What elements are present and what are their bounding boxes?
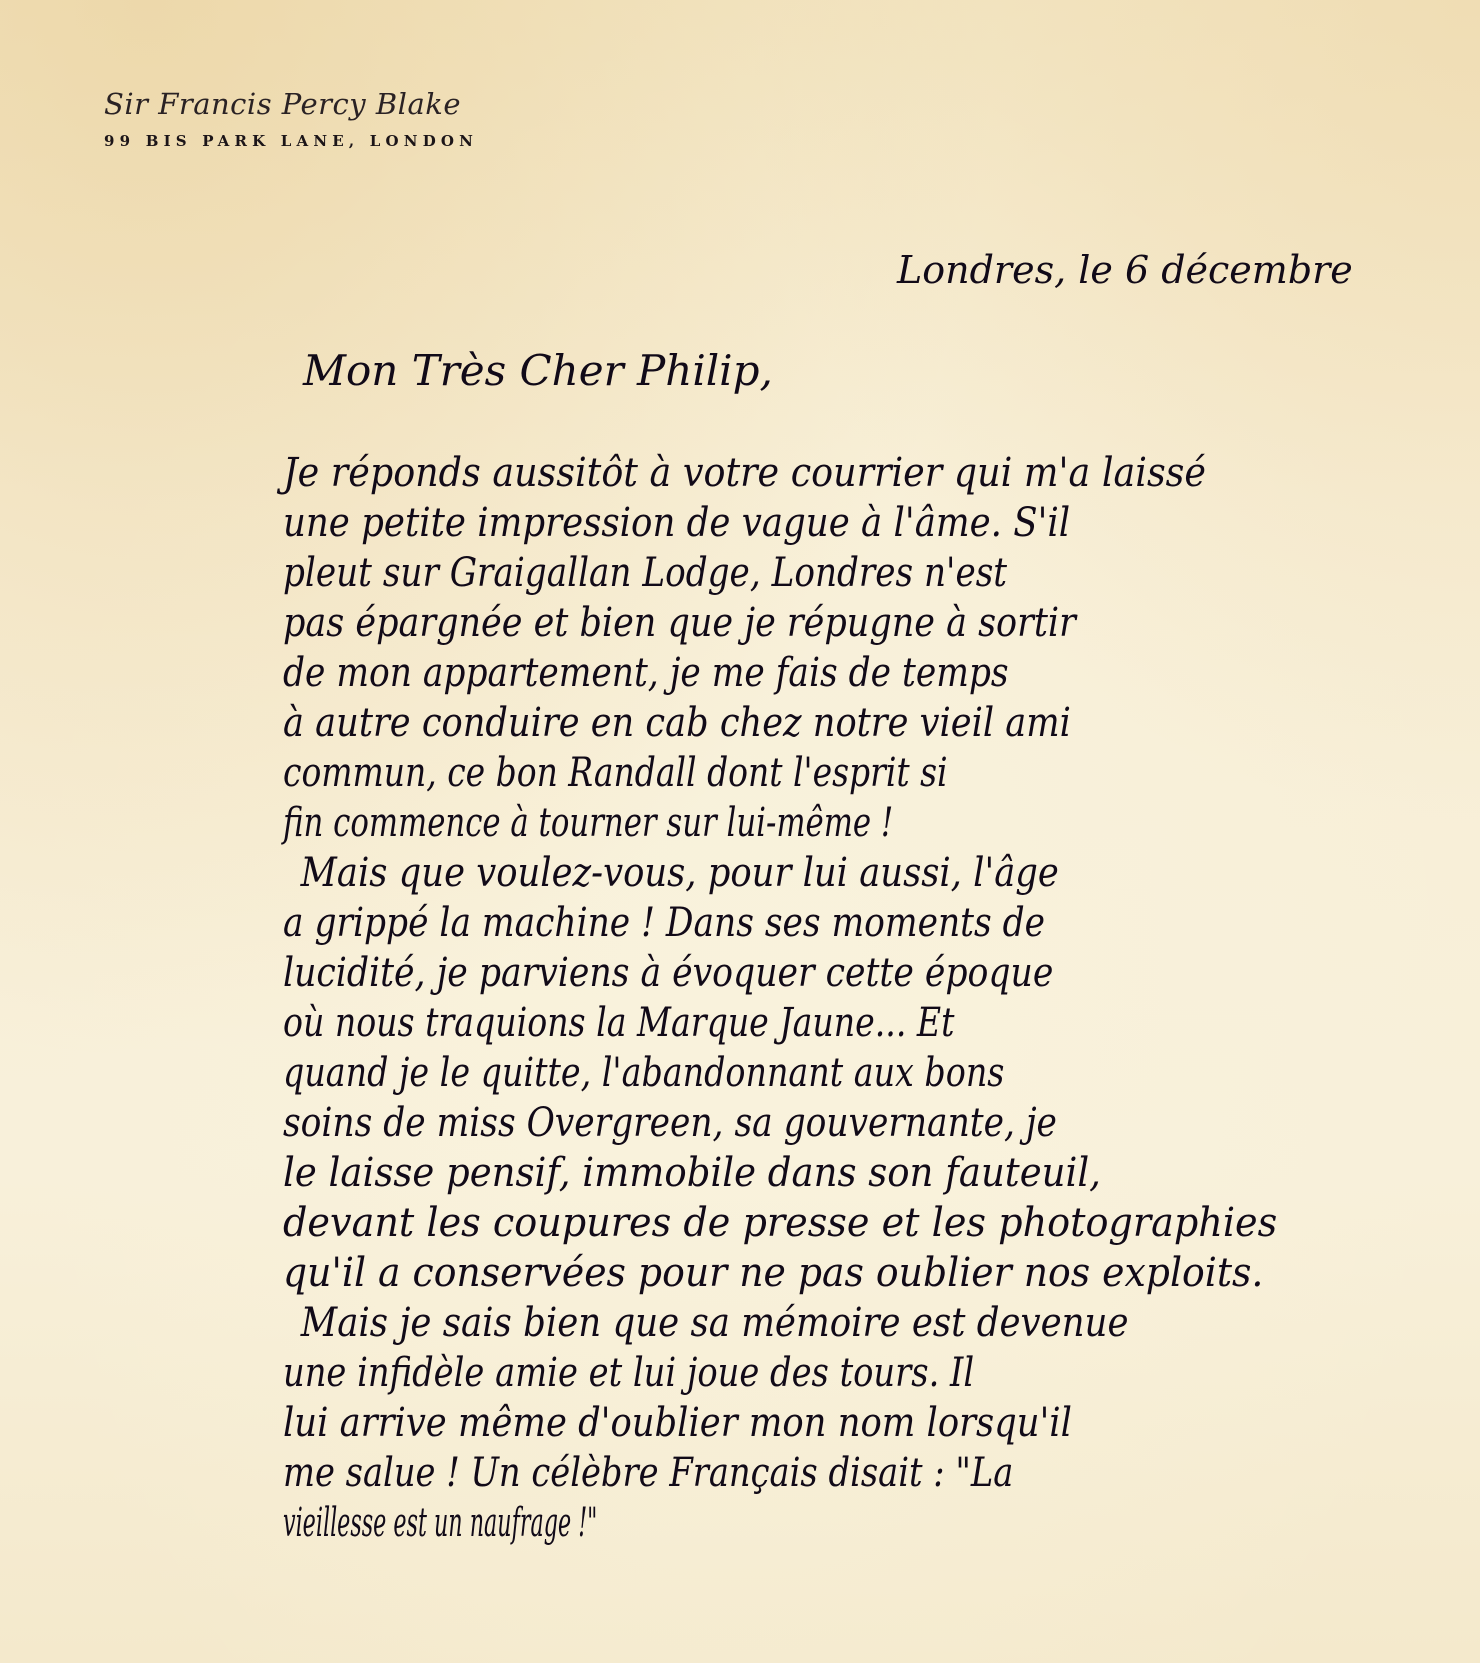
salutation: Mon Très Cher Philip,: [303, 346, 773, 396]
letter-body: Je réponds aussitôt à votre courrier qui…: [283, 448, 1363, 1548]
letter-line: Je réponds aussitôt à votre courrier qui…: [283, 448, 1268, 498]
letter-line: où nous traquions la Marque Jaune... Et: [283, 998, 1178, 1048]
letter-line: pleut sur Graigallan Lodge, Londres n'es…: [283, 548, 1207, 598]
dateline: Londres, le 6 décembre: [897, 248, 1353, 292]
letterhead-name: Sir Francis Percy Blake: [104, 84, 478, 124]
letterhead-address: 99 BIS PARK LANE, LONDON: [104, 132, 478, 150]
letter-line: pas épargnée et bien que je répugne à so…: [283, 598, 1228, 648]
letter-line: de mon appartement, je me fais de temps: [283, 648, 1213, 698]
letter-line: quand je le quitte, l'abandonnant aux bo…: [283, 1048, 1183, 1098]
letter-line: le laisse pensif, immobile dans son faut…: [283, 1148, 1283, 1198]
letter-page: Sir Francis Percy Blake 99 BIS PARK LANE…: [0, 0, 1480, 1663]
letter-line: me salue ! Un célèbre Français disait : …: [283, 1448, 1193, 1498]
letter-line: lui arrive même d'oublier mon nom lorsqu…: [283, 1398, 1238, 1448]
letter-line: a grippé la machine ! Dans ses moments d…: [283, 898, 1213, 948]
letter-line: commun, ce bon Randall dont l'esprit si: [283, 748, 1173, 798]
letter-line: Mais je sais bien que sa mémoire est dev…: [283, 1298, 1243, 1348]
letter-line: à autre conduire en cab chez notre vieil…: [283, 698, 1233, 748]
letter-line: soins de miss Overgreen, sa gouvernante,…: [283, 1098, 1213, 1148]
letter-line: vieillesse est un naufrage !": [283, 1498, 883, 1548]
letter-line: une petite impression de vague à l'âme. …: [283, 498, 1243, 548]
letterhead: Sir Francis Percy Blake 99 BIS PARK LANE…: [104, 84, 478, 150]
letter-line: qu'il a conservées pour ne pas oublier n…: [283, 1248, 1303, 1298]
letter-line: fin commence à tourner sur lui-même !: [283, 798, 1114, 848]
letter-line: devant les coupures de presse et les pho…: [283, 1198, 1313, 1248]
letter-line: Mais que voulez-vous, pour lui aussi, l'…: [283, 848, 1238, 898]
letter-line: lucidité, je parviens à évoquer cette ép…: [283, 948, 1218, 998]
letter-line: une infidèle amie et lui joue des tours.…: [283, 1348, 1193, 1398]
